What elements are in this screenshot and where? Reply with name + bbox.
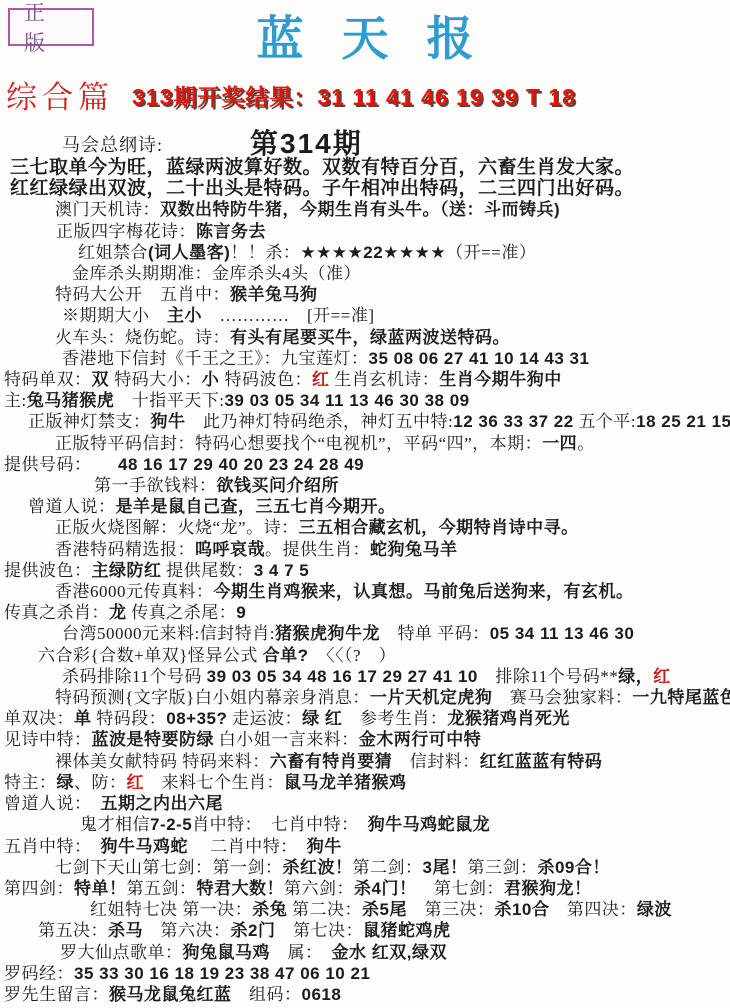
text-segment: ※期期大小 bbox=[62, 306, 167, 325]
text-segment: 鼠猪蛇鸡虎 bbox=[363, 921, 451, 940]
body-lines: 三七取单今为旺，蓝绿两波算好数。双数有特百分百，六畜生肖发大家。红红绿绿出双波，… bbox=[4, 157, 728, 1005]
text-segment: 3 4 7 5 bbox=[254, 561, 310, 580]
text-line-4: 正版四字梅花诗：陈言务去 bbox=[4, 221, 728, 242]
text-line-19: 香港特码精选报：呜呼哀哉。提供生肖：蛇狗兔马羊 bbox=[4, 539, 728, 560]
text-segment: 特主： bbox=[4, 773, 57, 792]
issue-row: 马会总纲诗: 第314期 bbox=[0, 122, 730, 156]
text-segment: 蛇狗兔马羊 bbox=[370, 540, 458, 559]
text-segment: 十指平天下: bbox=[114, 391, 224, 410]
text-segment: 特码段： bbox=[92, 709, 167, 728]
newspaper-page: 正版 蓝天报 综合篇 313期开奖结果：31 11 41 46 19 39 T … bbox=[0, 0, 730, 1008]
text-line-16: 第一手欲钱料：欲钱买问介绍所 bbox=[4, 475, 728, 496]
text-segment: 猴马龙鼠兔红蓝 bbox=[109, 985, 232, 1004]
text-line-22: 传真之杀肖：龙 传真之杀尾：9 bbox=[4, 602, 728, 623]
text-segment: 第二决： bbox=[287, 900, 362, 919]
text-line-38: 罗大仙点歌单：狗兔鼠马鸡 属： 金水 红双,绿双 bbox=[4, 942, 728, 963]
text-line-21: 香港6000元传真料：今期生肖鸡猴来，认真想。马前兔后送狗来，有玄机。 bbox=[4, 581, 728, 602]
text-line-37: 第五决：杀马 第六决：杀2门 第七决：鼠猪蛇鸡虎 bbox=[4, 920, 728, 941]
text-segment: 提供号码： bbox=[4, 455, 118, 474]
text-segment: 提供波色： bbox=[4, 561, 92, 580]
text-segment: 生肖玄机诗： bbox=[329, 370, 439, 389]
text-segment: 一四 bbox=[542, 434, 577, 453]
text-segment: 。 bbox=[577, 434, 595, 453]
text-segment: 裸体美女献特码 特码来料： bbox=[55, 752, 270, 771]
section-label: 综合篇 bbox=[6, 72, 114, 117]
text-segment: 正版神灯禁支： bbox=[28, 412, 151, 431]
text-segment: 〈〈（? ） bbox=[309, 646, 397, 665]
text-segment: 杀2门 bbox=[231, 921, 276, 940]
text-segment: 特码预测{文字版}白小姐内幕亲身消息： bbox=[55, 688, 370, 707]
text-segment: 提供尾数： bbox=[162, 561, 254, 580]
text-segment: 第六决： bbox=[143, 921, 231, 940]
text-segment: 特君大数！ bbox=[197, 879, 285, 898]
text-segment: 、防： bbox=[74, 773, 127, 792]
text-segment: 二肖中特： bbox=[188, 837, 307, 856]
text-segment: 9 bbox=[236, 603, 246, 622]
text-segment: 绿 bbox=[57, 773, 75, 792]
text-segment: 排除11个号码** bbox=[478, 667, 618, 686]
text-segment: 单双决： bbox=[4, 709, 74, 728]
text-line-1: 三七取单今为旺，蓝绿两波算好数。双数有特百分百，六畜生肖发大家。 bbox=[4, 157, 728, 178]
text-segment: 香港地下信封《千王之王》：九宝莲灯： bbox=[62, 349, 369, 368]
text-segment: 39 03 05 34 48 16 17 29 27 41 10 bbox=[207, 667, 478, 686]
text-line-26: 特码预测{文字版}白小姐内幕亲身消息：一片天机定虎狗 赛马会独家料：一九特尾蓝色… bbox=[4, 687, 728, 708]
text-segment: 主小 bbox=[167, 306, 202, 325]
text-segment: 正版特平码信封：特码心想要找个“电视机”，平码“四”，本期： bbox=[55, 434, 542, 453]
text-line-5: 红姐禁合(词人墨客)！！杀：★★★★22★★★★（开==准） bbox=[4, 242, 728, 263]
text-segment: 0618 bbox=[302, 985, 342, 1004]
text-line-36: 红姐特七决 第一决：杀兔 第二决：杀5尾 第三决：杀10合 第四决：绿波 bbox=[4, 899, 728, 920]
text-segment: 狗兔鼠马鸡 bbox=[183, 943, 271, 962]
text-line-35: 第四剑：特单！第五剑：特君大数！第六剑：杀4门！ 第七剑：君猴狗龙！ bbox=[4, 878, 728, 899]
text-segment: 欲钱买问介绍所 bbox=[217, 476, 340, 495]
text-segment: 杀红波！ bbox=[283, 858, 353, 877]
text-segment: 五个平: bbox=[574, 412, 636, 431]
text-segment: 金木两行可中特 bbox=[359, 730, 482, 749]
text-segment: ★★★★22★★★★ bbox=[300, 243, 446, 262]
text-segment: 第三剑： bbox=[467, 858, 537, 877]
text-segment: 48 16 17 29 40 20 23 24 28 49 bbox=[118, 455, 364, 474]
text-segment: 香港特码精选报： bbox=[55, 540, 195, 559]
text-segment: 曾道人说： bbox=[4, 794, 101, 813]
text-segment: 传真之杀尾： bbox=[127, 603, 237, 622]
text-segment: 双数出特防牛猪，今期生肖有头牛。（送：斗而铸兵) bbox=[160, 200, 560, 219]
text-segment: 主: bbox=[4, 391, 27, 410]
text-line-6: 金库杀头期期准：金库杀头4头（准） bbox=[4, 263, 728, 284]
text-line-27: 单双决：单 特码段：08+35? 走运波：绿 红 参考生肖：龙猴猪鸡肖死光 bbox=[4, 708, 728, 729]
text-segment: 罗大仙点歌单： bbox=[60, 943, 183, 962]
text-segment: 绿波 bbox=[637, 900, 672, 919]
text-segment: 火车头：烧伤蛇。诗： bbox=[55, 328, 230, 347]
text-segment: 第五剑： bbox=[127, 879, 197, 898]
text-line-29: 裸体美女献特码 特码来料：六畜有特肖要猜 信封料：红红蓝蓝有特码 bbox=[4, 751, 728, 772]
text-segment: 香港6000元传真料： bbox=[55, 582, 214, 601]
text-segment: 绿 红 bbox=[302, 709, 342, 728]
text-line-10: 香港地下信封《千王之王》：九宝莲灯：35 08 06 27 41 10 14 4… bbox=[4, 348, 728, 369]
text-segment: 杀09合！ bbox=[537, 858, 609, 877]
text-segment: 18 25 21 15 45 bbox=[636, 412, 730, 431]
text-line-23: 台湾50000元来料:信封特肖:猪猴虎狗牛龙 特单 平码：05 34 11 13… bbox=[4, 623, 728, 644]
text-line-30: 特主：绿、防：红 来料七个生肖：鼠马龙羊猪猴鸡 bbox=[4, 772, 728, 793]
text-segment: 35 33 30 16 18 19 23 38 47 06 10 21 bbox=[74, 964, 370, 983]
text-segment: 曾道人说： bbox=[28, 497, 116, 516]
text-segment: 第六剑： bbox=[284, 879, 354, 898]
text-segment: 鬼才相信 bbox=[80, 815, 150, 834]
text-segment: 第七决： bbox=[275, 921, 363, 940]
text-segment: 红红绿绿出双波，二十出头是特码。子午相冲出特码，二三四门出好码。 bbox=[10, 178, 634, 199]
text-segment: 特码大小： bbox=[114, 370, 202, 389]
text-segment: 此乃神灯特码绝杀，神灯五中特: bbox=[186, 412, 454, 431]
text-segment: 蓝波是特要防绿 bbox=[92, 730, 215, 749]
text-line-8: ※期期大小 主小 ………… [开==准] bbox=[4, 305, 728, 326]
text-segment: 杀10合 bbox=[494, 900, 549, 919]
text-segment: 属： bbox=[270, 943, 332, 962]
text-segment: 。提供生肖： bbox=[265, 540, 370, 559]
text-segment: 是羊是鼠自己查，三五七肖今期开。 bbox=[116, 497, 396, 516]
text-line-17: 曾道人说：是羊是鼠自己查，三五七肖今期开。 bbox=[4, 496, 728, 517]
text-segment: 赛马会独家料： bbox=[492, 688, 632, 707]
text-segment: 罗先生留言： bbox=[4, 985, 109, 1004]
text-line-33: 五肖中特： 狗牛马鸡蛇 二肖中特： 狗牛 bbox=[4, 836, 728, 857]
text-segment: 第一手欲钱料： bbox=[94, 476, 217, 495]
text-segment: 走运波： bbox=[227, 709, 302, 728]
text-segment: 特码波色： bbox=[224, 370, 312, 389]
text-segment: （开==准） bbox=[446, 243, 536, 262]
text-segment: 来料七个生肖： bbox=[144, 773, 284, 792]
text-segment: 特单！ bbox=[74, 879, 127, 898]
text-segment: 特码单双： bbox=[4, 370, 92, 389]
text-segment: 龙猴猪鸡肖死光 bbox=[447, 709, 570, 728]
text-segment: 第三决： bbox=[407, 900, 495, 919]
text-line-31: 曾道人说： 五期之内出六尾 bbox=[4, 793, 728, 814]
issue-title: 第314期 bbox=[250, 122, 363, 162]
text-line-28: 见诗中特：蓝波是特要防绿 白小姐一言来料：金木两行可中特 bbox=[4, 729, 728, 750]
text-segment: 第二剑： bbox=[353, 858, 423, 877]
text-segment: 陈言务去 bbox=[196, 222, 266, 241]
text-segment: 一片天机定虎狗 bbox=[370, 688, 493, 707]
text-segment: 君猴狗龙！ bbox=[504, 879, 592, 898]
text-segment: 特单 平码： bbox=[380, 624, 490, 643]
text-segment: 龙 bbox=[109, 603, 127, 622]
text-segment: 第四决： bbox=[549, 900, 637, 919]
text-segment: 第七剑： bbox=[416, 879, 504, 898]
text-segment: 六合彩{合数+单双}怪异公式 bbox=[38, 646, 263, 665]
text-line-40: 罗先生留言：猴马龙鼠兔红蓝 组码：0618 bbox=[4, 984, 728, 1005]
text-segment: 主绿防红 bbox=[92, 561, 162, 580]
text-segment: 七剑下天山第七剑：第一剑： bbox=[55, 858, 283, 877]
text-segment: 五期之内出六尾 bbox=[101, 794, 224, 813]
text-segment: 呜呼哀哉 bbox=[195, 540, 265, 559]
text-segment: 合单? bbox=[263, 646, 309, 665]
text-segment: 猴羊兔马狗 bbox=[230, 285, 318, 304]
text-segment: 红红蓝蓝有特码 bbox=[480, 752, 603, 771]
previous-draw-result: 313期开奖结果：31 11 41 46 19 39 T 18 bbox=[132, 79, 576, 112]
text-segment: 有头有尾要买牛，绿蓝两波送特码。 bbox=[230, 328, 510, 347]
text-segment: 12 36 33 37 22 bbox=[453, 412, 573, 431]
text-segment: 小 bbox=[202, 370, 225, 389]
paper-title: 蓝天报 bbox=[0, 2, 730, 69]
text-segment: 三七取单今为旺，蓝绿两波算好数。双数有特百分百，六畜生肖发大家。 bbox=[10, 157, 634, 178]
text-segment: 狗牛 bbox=[151, 412, 186, 431]
text-line-13: 正版神灯禁支：狗牛 此乃神灯特码绝杀，神灯五中特:12 36 33 37 22 … bbox=[4, 411, 728, 432]
text-segment: 一九特尾蓝色波 bbox=[632, 688, 730, 707]
text-segment: 35 08 06 27 41 10 14 43 31 bbox=[369, 349, 590, 368]
text-line-39: 罗码经：35 33 30 16 18 19 23 38 47 06 10 21 bbox=[4, 963, 728, 984]
text-segment: 猪猴虎狗牛龙 bbox=[275, 624, 380, 643]
text-segment: 白小姐一言来料： bbox=[214, 730, 359, 749]
text-segment: 罗码经： bbox=[4, 964, 74, 983]
text-line-12: 主:兔马猪猴虎 十指平天下:39 03 05 34 11 13 46 30 38… bbox=[4, 390, 728, 411]
text-segment: 狗牛马鸡蛇 bbox=[101, 837, 189, 856]
text-segment: 杀5尾 bbox=[362, 900, 407, 919]
text-segment: 08+35? bbox=[166, 709, 227, 728]
text-segment: 红姐特七决 第一决： bbox=[90, 900, 252, 919]
masthead-left-label: 马会总纲诗: bbox=[62, 131, 163, 157]
text-segment: 生肖今期牛狗中 bbox=[439, 370, 562, 389]
text-line-15: 提供号码： 48 16 17 29 40 20 23 24 28 49 bbox=[4, 454, 728, 475]
text-line-3: 澳门天机诗：双数出特防牛猪，今期生肖有头牛。（送：斗而铸兵) bbox=[4, 199, 728, 220]
text-segment: 杀马 bbox=[108, 921, 143, 940]
text-line-25: 杀码排除11个号码 39 03 05 34 48 16 17 29 27 41 … bbox=[4, 666, 728, 687]
text-line-20: 提供波色：主绿防红 提供尾数：3 4 7 5 bbox=[4, 560, 728, 581]
text-segment: 红 bbox=[127, 773, 145, 792]
text-segment: 狗牛马鸡蛇鼠龙 bbox=[368, 815, 491, 834]
text-segment: ………… [开==准] bbox=[202, 306, 375, 325]
text-segment: ！！杀： bbox=[230, 243, 300, 262]
text-segment: 台湾50000元来料:信封特肖: bbox=[62, 624, 275, 643]
text-segment: 红 bbox=[312, 370, 330, 389]
text-line-9: 火车头：烧伤蛇。诗：有头有尾要买牛，绿蓝两波送特码。 bbox=[4, 327, 728, 348]
text-segment: 肖中特： 七肖中特： bbox=[192, 815, 368, 834]
text-segment: 第五决： bbox=[38, 921, 108, 940]
text-line-2: 红红绿绿出双波，二十出头是特码。子午相冲出特码，二三四门出好码。 bbox=[4, 178, 728, 199]
text-segment: 红姐禁合 bbox=[78, 243, 148, 262]
text-segment: (词人墨客) bbox=[148, 243, 230, 262]
text-segment: 鼠马龙羊猪猴鸡 bbox=[284, 773, 407, 792]
text-segment: 组码： bbox=[232, 985, 302, 1004]
text-segment: 今期生肖鸡猴来，认真想。马前兔后送狗来，有玄机。 bbox=[214, 582, 634, 601]
text-segment: 正版火烧图解：火烧“龙”。诗： bbox=[55, 518, 299, 537]
text-segment: 信封料： bbox=[392, 752, 480, 771]
text-segment: 第四剑： bbox=[4, 879, 74, 898]
text-line-18: 正版火烧图解：火烧“龙”。诗：三五相合藏玄机，今期特肖诗中寻。 bbox=[4, 517, 728, 538]
text-line-7: 特码大公开 五肖中：猴羊兔马狗 bbox=[4, 284, 728, 305]
text-segment: 狗牛 bbox=[307, 837, 342, 856]
text-segment: 六畜有特肖要猜 bbox=[270, 752, 393, 771]
text-segment: 三五相合藏玄机，今期特肖诗中寻。 bbox=[299, 518, 579, 537]
text-segment: 绿， bbox=[618, 667, 653, 686]
text-segment: 杀兔 bbox=[252, 900, 287, 919]
text-segment: 兔马猪猴虎 bbox=[27, 391, 115, 410]
text-line-14: 正版特平码信封：特码心想要找个“电视机”，平码“四”，本期：一四。 bbox=[4, 433, 728, 454]
text-segment: 杀4门！ bbox=[354, 879, 416, 898]
text-segment: 金水 红双,绿双 bbox=[332, 943, 447, 962]
text-segment: 3尾！ bbox=[423, 858, 468, 877]
text-segment: 双 bbox=[92, 370, 115, 389]
text-line-34: 七剑下天山第七剑：第一剑：杀红波！第二剑：3尾！第三剑：杀09合！ bbox=[4, 857, 728, 878]
text-line-24: 六合彩{合数+单双}怪异公式 合单? 〈〈（? ） bbox=[4, 645, 728, 666]
text-segment: 7-2-5 bbox=[150, 815, 192, 834]
text-segment: 05 34 11 13 46 30 bbox=[490, 624, 635, 643]
text-segment: 正版四字梅花诗： bbox=[56, 222, 196, 241]
text-segment: 单 bbox=[74, 709, 92, 728]
text-line-32: 鬼才相信7-2-5肖中特： 七肖中特： 狗牛马鸡蛇鼠龙 bbox=[4, 814, 728, 835]
text-segment: 见诗中特： bbox=[4, 730, 92, 749]
text-segment: 39 03 05 34 11 13 46 30 38 09 bbox=[224, 391, 469, 410]
text-segment: 金库杀头期期准：金库杀头4头（准） bbox=[72, 264, 361, 283]
text-segment: 特码大公开 五肖中： bbox=[55, 285, 230, 304]
text-segment: 杀码排除11个号码 bbox=[62, 667, 207, 686]
text-segment: 红 bbox=[653, 667, 671, 686]
text-segment: 参考生肖： bbox=[342, 709, 447, 728]
text-segment: 传真之杀肖： bbox=[4, 603, 109, 622]
text-segment: 五肖中特： bbox=[4, 837, 101, 856]
text-line-11: 特码单双：双 特码大小：小 特码波色：红 生肖玄机诗：生肖今期牛狗中 bbox=[4, 369, 728, 390]
text-segment: 澳门天机诗： bbox=[55, 200, 160, 219]
